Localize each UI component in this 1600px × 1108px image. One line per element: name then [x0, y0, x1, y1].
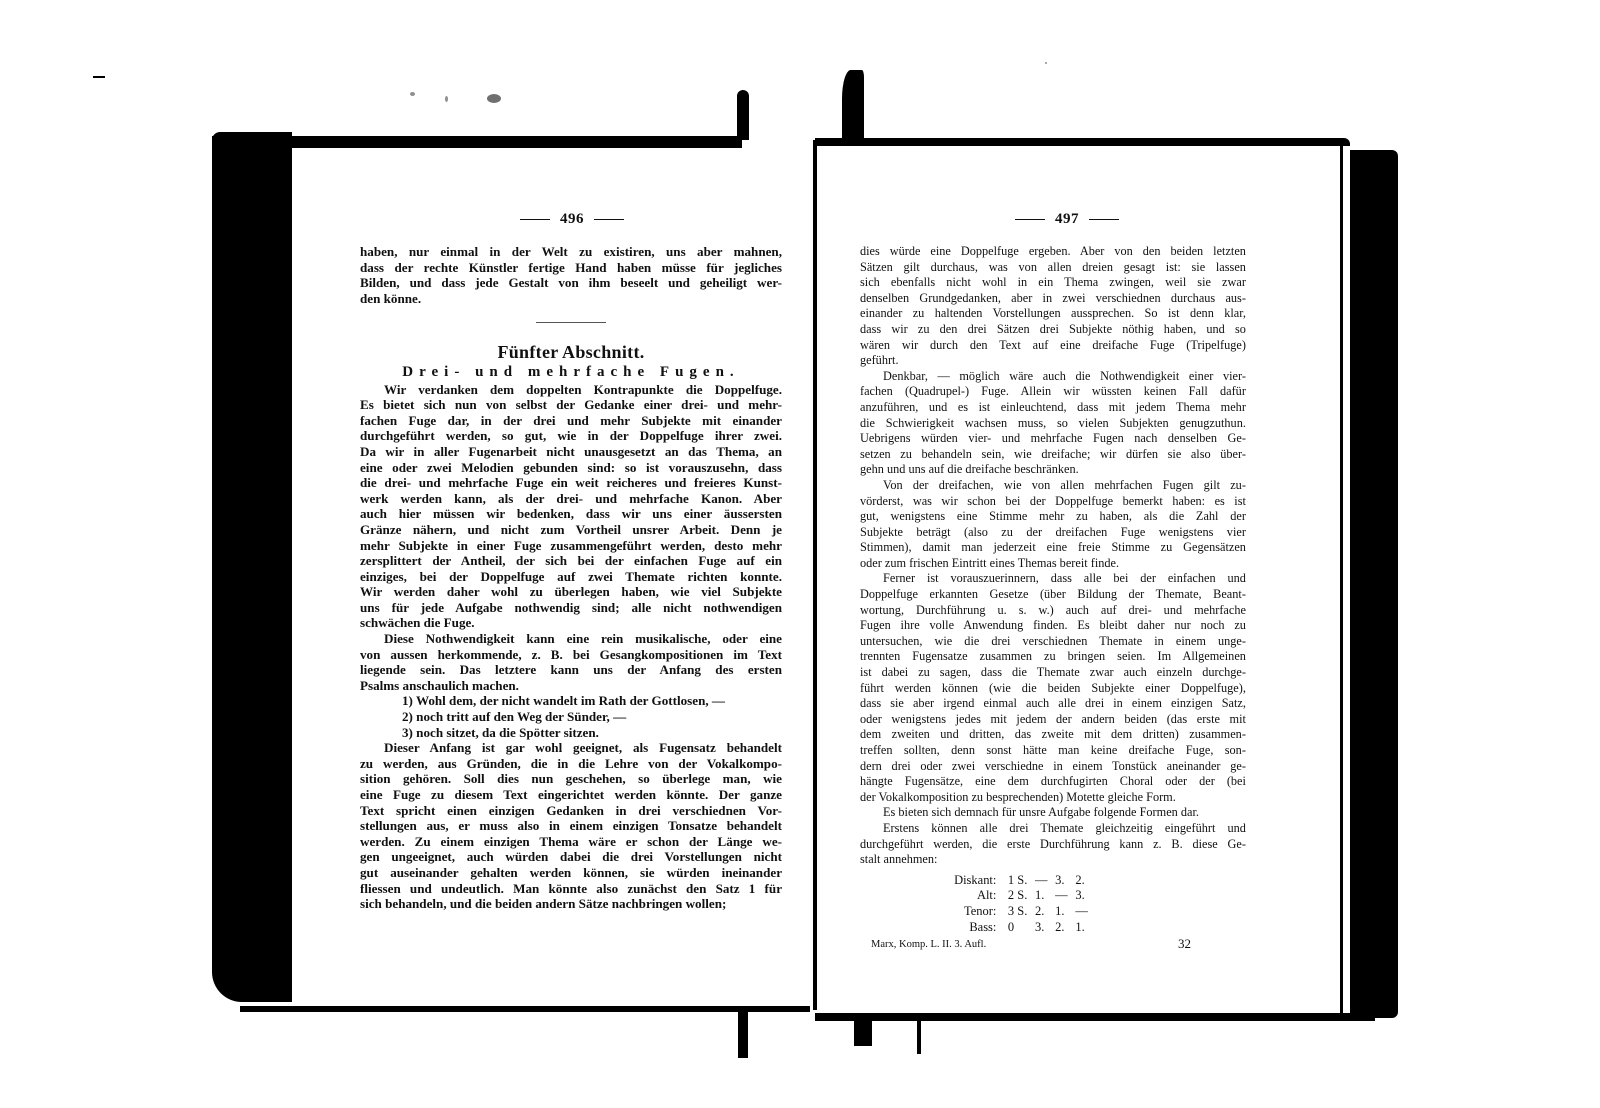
text-line: sich behandeln, und die beiden andern Sä…: [360, 896, 782, 912]
text-line: fliessen und undeutlich. Man könnte also…: [360, 881, 782, 897]
text-line: dass der rechte Künstler fertige Hand ha…: [360, 260, 782, 276]
paragraph: Diese Nothwendigkeit kann eine rein musi…: [360, 631, 782, 693]
page-clip-left: [737, 90, 749, 140]
text-line: die Schwierigkeit wachsen muss, so viele…: [860, 416, 1246, 432]
text-line: trennten Fugensatze zusammen zu bringen …: [860, 649, 1246, 665]
text-line: 2) noch tritt auf den Weg der Sünder, —: [402, 709, 782, 725]
text-line: der Vokalkomposition zu besprechenden) M…: [860, 790, 1246, 806]
voice-cell: 2.: [1071, 872, 1091, 888]
voice-cell: 0: [1004, 919, 1031, 935]
voice-cell: 3.: [1031, 919, 1051, 935]
voice-cell: 3 S.: [1004, 903, 1031, 919]
text-line: Wir werden daher wohl zu überlegen haben…: [360, 584, 782, 600]
text-line: Es bietet sich nun von selbst der Gedank…: [360, 397, 782, 413]
text-line: liegende sein. Das letztere kann uns der…: [360, 662, 782, 678]
text-line: durchgeführt werden, die erste Durchführ…: [860, 837, 1246, 853]
voice-cell: —: [1071, 903, 1091, 919]
bottom-clip-left: [738, 1008, 748, 1058]
text-line: hängte Fugensätze, eine dem durchfugirte…: [860, 774, 1246, 790]
scan-artifact: [93, 76, 105, 78]
text-line: Es bieten sich demnach für unsre Aufgabe…: [860, 805, 1246, 821]
scan-speck: [445, 96, 448, 102]
text-line: einziges, bei der Doppelfuge auf zwei Th…: [360, 569, 782, 585]
voice-cell: 1.: [1031, 887, 1051, 903]
text-line: Denkbar, — möglich wäre auch die Nothwen…: [860, 369, 1246, 385]
text-line: fachen Fuge dar, in der drei und mehr Su…: [360, 413, 782, 429]
text-line: Text spricht einen einzigen Gedanken in …: [360, 803, 782, 819]
paragraph: Wir verdanken dem doppelten Kontrapunkte…: [360, 382, 782, 632]
page-number-text: 496: [560, 211, 584, 227]
paragraph: Von der dreifachen, wie von allen mehrfa…: [860, 478, 1246, 572]
signature-line: Marx, Komp. L. II. 3. Aufl.: [871, 939, 986, 950]
text-line: setzen zu behandeln sein, wie dreifache;…: [860, 447, 1246, 463]
text-line: Doppelfuge erkannten Gesetze (über Bildu…: [860, 587, 1246, 603]
text-line: Sätzen gilt durchaus, was von allen drei…: [860, 260, 1246, 276]
text-line: geführt.: [860, 353, 1246, 369]
text-line: wortung, Durchführung u. s. w.) auch auf…: [860, 603, 1246, 619]
text-line: oder zum frischen Eintritt eines Themas …: [860, 556, 1246, 572]
text-line: untersuchen, wie die drei verschiednen T…: [860, 634, 1246, 650]
paragraph: Denkbar, — möglich wäre auch die Nothwen…: [860, 369, 1246, 478]
text-line: durchgeführt werden, so gut, wie in der …: [360, 428, 782, 444]
text-line: 3) noch sitzet, da die Spötter sitzen.: [402, 725, 782, 741]
text-line: haben, nur einmal in der Welt zu existir…: [360, 244, 782, 260]
text-line: eine Fuge zu diesem Text eingerichtet we…: [360, 787, 782, 803]
text-line: dass sie aber irgend einmal auch alle dr…: [860, 696, 1246, 712]
left-top-edge: [212, 136, 742, 148]
text-line: dies würde eine Doppelfuge ergeben. Aber…: [860, 244, 1246, 260]
right-page-edge-line: [1340, 146, 1343, 1018]
text-line: Gränze nähern, und nicht zum Vortheil un…: [360, 522, 782, 538]
text-line: wären wir durch den Text auf eine dreifa…: [860, 338, 1246, 354]
voice-cell: 3.: [1051, 872, 1071, 888]
text-line: dern drei oder zwei verschiedne in einem…: [860, 759, 1246, 775]
voice-cell: 2.: [1031, 903, 1051, 919]
left-book-edge: [212, 132, 292, 1002]
text-line: Ferner ist vorauszuerinnern, dass alle b…: [860, 571, 1246, 587]
text-line: zu werden, aus Gründen, die in die Lehre…: [360, 756, 782, 772]
voice-name: Bass:: [950, 919, 1004, 935]
scan-speck: [487, 94, 501, 103]
section-title: Fünfter Abschnitt.: [360, 345, 782, 361]
left-bottom-edge: [240, 1006, 810, 1012]
voice-row: Diskant:1 S.—3.2.: [950, 872, 1091, 888]
psalm-quotation: 1) Wohl dem, der nicht wandelt im Rath d…: [360, 693, 782, 740]
paragraph-intro: haben, nur einmal in der Welt zu existir…: [360, 244, 782, 306]
page-number-right: 497: [1005, 211, 1129, 228]
text-line: dem zweiten und dritten, das zweite mit …: [860, 727, 1246, 743]
text-line: schwächen die Fuge.: [360, 615, 782, 631]
text-line: werk werden kann, als der drei- und mehr…: [360, 491, 782, 507]
text-line: Erstens können alle drei Themate gleichz…: [860, 821, 1246, 837]
text-line: Fugen ihre volle Anwendung finden. Es bl…: [860, 618, 1246, 634]
voice-cell: 3.: [1071, 887, 1091, 903]
page-clip-right: [842, 70, 864, 142]
paragraph: Ferner ist vorauszuerinnern, dass alle b…: [860, 571, 1246, 805]
text-line: Stimmen), damit man jederzeit eine freie…: [860, 540, 1246, 556]
text-line: denselben Grundgedanken, aber in zwei ve…: [860, 291, 1246, 307]
scan-speck: [410, 92, 415, 96]
right-page-text: dies würde eine Doppelfuge ergeben. Aber…: [860, 244, 1246, 934]
voice-row: Bass:03.2.1.: [950, 919, 1091, 935]
text-line: sition gehören. Soll dies nun geschehen,…: [360, 771, 782, 787]
text-line: Diese Nothwendigkeit kann eine rein musi…: [360, 631, 782, 647]
text-line: uns für jede Aufgabe nothwendig sind; al…: [360, 600, 782, 616]
voice-row: Alt:2 S.1.—3.: [950, 887, 1091, 903]
text-line: anzuführen, und es ist einleuchtend, das…: [860, 400, 1246, 416]
text-line: mehr Subjekte in einer Fuge zusammengefü…: [360, 538, 782, 554]
voice-cell: 1.: [1051, 903, 1071, 919]
text-line: Subjekte beträgt (also zu der dreifachen…: [860, 525, 1246, 541]
signature-number: 32: [1178, 936, 1191, 952]
text-line: gehn und uns auf die dreifache beschränk…: [860, 462, 1246, 478]
text-line: von aussen herkommende, z. B. bei Gesang…: [360, 647, 782, 663]
paragraph: Dieser Anfang ist gar wohl geeignet, als…: [360, 740, 782, 912]
voice-cell: 2.: [1051, 919, 1071, 935]
voice-name: Diskant:: [950, 872, 1004, 888]
text-line: 1) Wohl dem, der nicht wandelt im Rath d…: [402, 693, 782, 709]
page-number-text: 497: [1055, 211, 1079, 227]
right-top-edge: [815, 138, 1350, 146]
voice-name: Tenor:: [950, 903, 1004, 919]
voice-cell: 2 S.: [1004, 887, 1031, 903]
text-line: Uebrigens würden vier- und mehrfache Fug…: [860, 431, 1246, 447]
page-number-left: 496: [510, 211, 634, 228]
text-line: vörderst, was wir schon bei der Doppelfu…: [860, 494, 1246, 510]
section-subtitle: Drei- und mehrfache Fugen.: [360, 365, 782, 381]
text-line: Wir verdanken dem doppelten Kontrapunkte…: [360, 382, 782, 398]
right-bottom-edge: [815, 1013, 1375, 1021]
gutter-line: [813, 140, 817, 1010]
text-line: führt werden können (wie die beiden Subj…: [860, 681, 1246, 697]
left-page-text: haben, nur einmal in der Welt zu existir…: [360, 244, 782, 912]
voice-cell: 1 S.: [1004, 872, 1031, 888]
text-line: zersplittert der Antheil, der sich bei d…: [360, 553, 782, 569]
paragraph: Es bieten sich demnach für unsre Aufgabe…: [860, 805, 1246, 821]
text-line: eine oder zwei Melodien gebunden sind: s…: [360, 460, 782, 476]
text-line: auch hier müssen wir bedenken, dass wir …: [360, 506, 782, 522]
voice-row: Tenor:3 S.2.1.—: [950, 903, 1091, 919]
text-line: stalt annehmen:: [860, 852, 1246, 868]
text-line: den könne.: [360, 291, 782, 307]
text-line: oder wenigstens jedes mit jedem der ande…: [860, 712, 1246, 728]
scan-speck: [1045, 62, 1047, 64]
text-line: stellungen aus, er muss also in einem ei…: [360, 818, 782, 834]
text-line: Psalms anschaulich machen.: [360, 678, 782, 694]
voice-cell: —: [1051, 887, 1071, 903]
paragraph: Erstens können alle drei Themate gleichz…: [860, 821, 1246, 868]
text-line: werden. Zu einem einzigen Thema wäre er …: [360, 834, 782, 850]
text-line: Von der dreifachen, wie von allen mehrfa…: [860, 478, 1246, 494]
text-line: Da wir in aller Fugenarbeit nicht unausg…: [360, 444, 782, 460]
text-line: dass wir zu den drei Sätzen drei Subjekt…: [860, 322, 1246, 338]
text-line: fachen (Quadrupel-) Fuge. Allein wir wüs…: [860, 384, 1246, 400]
right-book-edge: [1350, 150, 1398, 1018]
bottom-clip-thin: [917, 1014, 921, 1054]
voice-table: Diskant:1 S.—3.2.Alt:2 S.1.—3.Tenor:3 S.…: [950, 872, 1091, 934]
text-line: die drei- und mehrfache Fuge ein weit re…: [360, 475, 782, 491]
voice-cell: 1.: [1071, 919, 1091, 935]
voice-entry-table: Diskant:1 S.—3.2.Alt:2 S.1.—3.Tenor:3 S.…: [860, 872, 1246, 934]
section-separator: [536, 322, 606, 323]
text-line: gen ungeeignet, auch würden dabei die dr…: [360, 849, 782, 865]
text-line: ist dabei zu sagen, dass die Themate zwa…: [860, 665, 1246, 681]
text-line: gut, wenigstens eine Stimme mehr zu habe…: [860, 509, 1246, 525]
text-line: Dieser Anfang ist gar wohl geeignet, als…: [360, 740, 782, 756]
paragraph: dies würde eine Doppelfuge ergeben. Aber…: [860, 244, 1246, 369]
text-line: treffen sollten, denn sonst hätte man ke…: [860, 743, 1246, 759]
text-line: Bilden, und dass jede Gestalt von ihm be…: [360, 275, 782, 291]
text-line: sich ebenfalls nicht wohl in ein Thema z…: [860, 275, 1246, 291]
text-line: gut auseinander gehalten werden können, …: [360, 865, 782, 881]
voice-cell: —: [1031, 872, 1051, 888]
scanned-book-spread: 496 haben, nur einmal in der Welt zu exi…: [0, 0, 1600, 1108]
text-line: einander zu haltenden Vorstellungen auss…: [860, 306, 1246, 322]
voice-name: Alt:: [950, 887, 1004, 903]
bottom-clip-right: [854, 1010, 872, 1046]
